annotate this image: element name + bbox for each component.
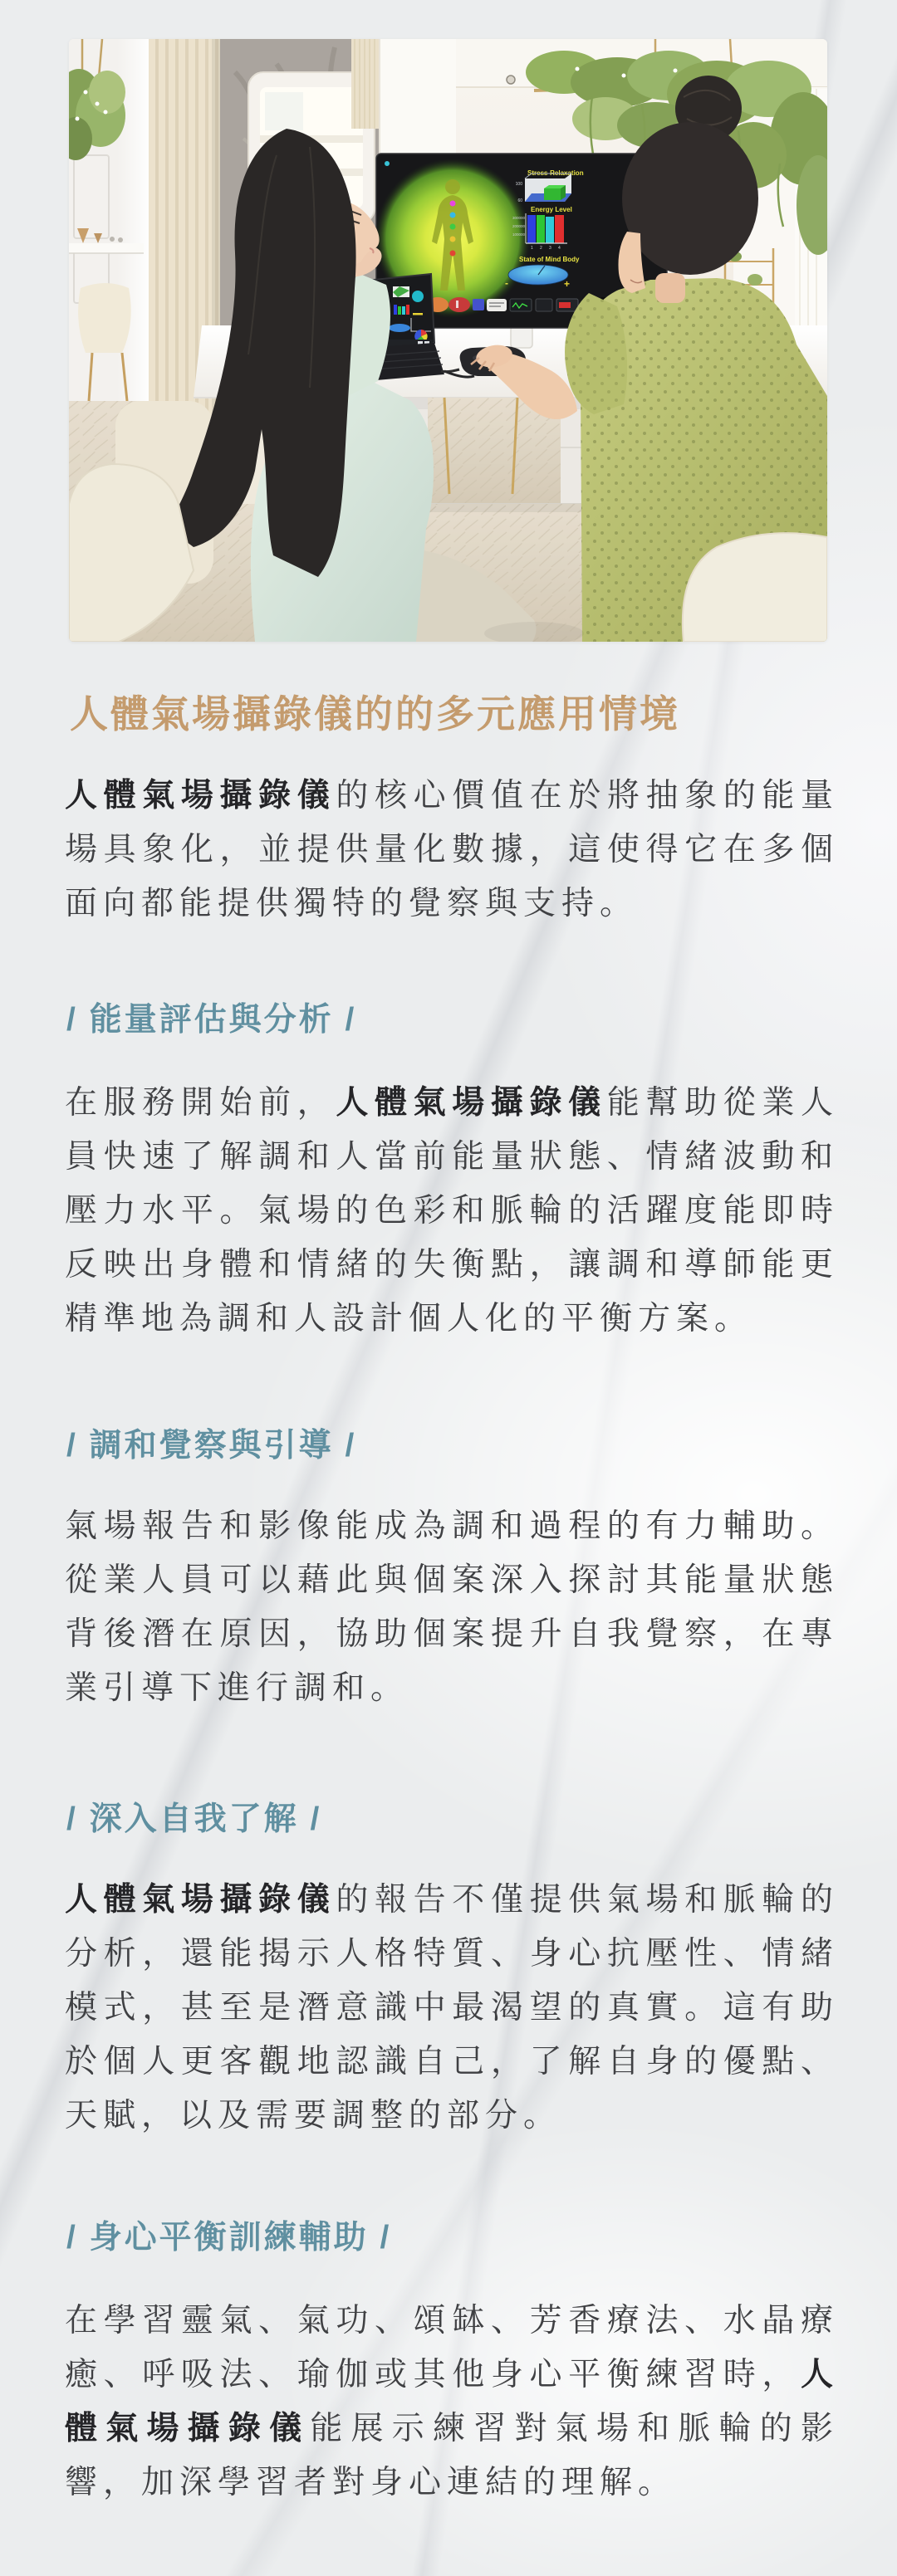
section-paragraph-attunement-guidance: 氣場報告和影像能成為調和過程的有力輔助。從業人員可以藉此與個案深入探討其能量狀態… [65, 1499, 839, 1715]
para-pre: 在服務開始前， [65, 1085, 336, 1121]
section-heading-mind-body-training: / 身心平衡訓練輔助 / [66, 2219, 814, 2257]
intro-paragraph: 人體氣場攝錄儀的核心價值在於將抽象的能量場具象化，並提供量化數據，這使得它在多個… [65, 769, 839, 931]
para-post: 能幫助從業人員快速了解調和人當前能量狀態、情緒波動和壓力水平。氣場的色彩和脈輪的… [65, 1085, 839, 1337]
section-paragraph-energy-assessment: 在服務開始前，人體氣場攝錄儀能幫助從業人員快速了解調和人當前能量狀態、情緒波動和… [65, 1076, 839, 1346]
para-post: 氣場報告和影像能成為調和過程的有力輔助。從業人員可以藉此與個案深入探討其能量狀態… [65, 1508, 839, 1706]
section-paragraph-self-understanding: 人體氣場攝錄儀的報告不僅提供氣場和脈輪的分析，還能揭示人格特質、身心抗壓性、情緒… [65, 1873, 839, 2143]
light-wash [69, 39, 827, 642]
section-heading-energy-assessment: / 能量評估與分析 / [66, 1001, 814, 1039]
para-post: 的報告不僅提供氣場和脈輪的分析，還能揭示人格特質、身心抗壓性、情緒模式，甚至是潛… [65, 1882, 839, 2134]
section-heading-attunement-guidance: / 調和覺察與引導 / [66, 1427, 814, 1465]
consultation-photo: Stress-Relaxation 100 60 Energy Level 30… [69, 39, 827, 642]
para-keyword-bold: 人體氣場攝錄儀 [336, 1085, 606, 1121]
consultation-photo-art: Stress-Relaxation 100 60 Energy Level 30… [69, 39, 827, 642]
article-title: 人體氣場攝錄儀的的多元應用情境 [70, 692, 842, 738]
section-paragraph-mind-body-training: 在學習靈氣、氣功、頌缽、芳香療法、水晶療癒、呼吸法、瑜伽或其他身心平衡練習時，人… [65, 2294, 839, 2510]
intro-keyword-bold: 人體氣場攝錄儀 [65, 778, 336, 814]
section-heading-self-understanding: / 深入自我了解 / [66, 1801, 814, 1839]
page: Stress-Relaxation 100 60 Energy Level 30… [0, 0, 897, 2576]
para-keyword-bold: 人體氣場攝錄儀 [65, 1882, 336, 1918]
para-pre: 在學習靈氣、氣功、頌缽、芳香療法、水晶療癒、呼吸法、瑜伽或其他身心平衡練習時， [65, 2303, 839, 2393]
